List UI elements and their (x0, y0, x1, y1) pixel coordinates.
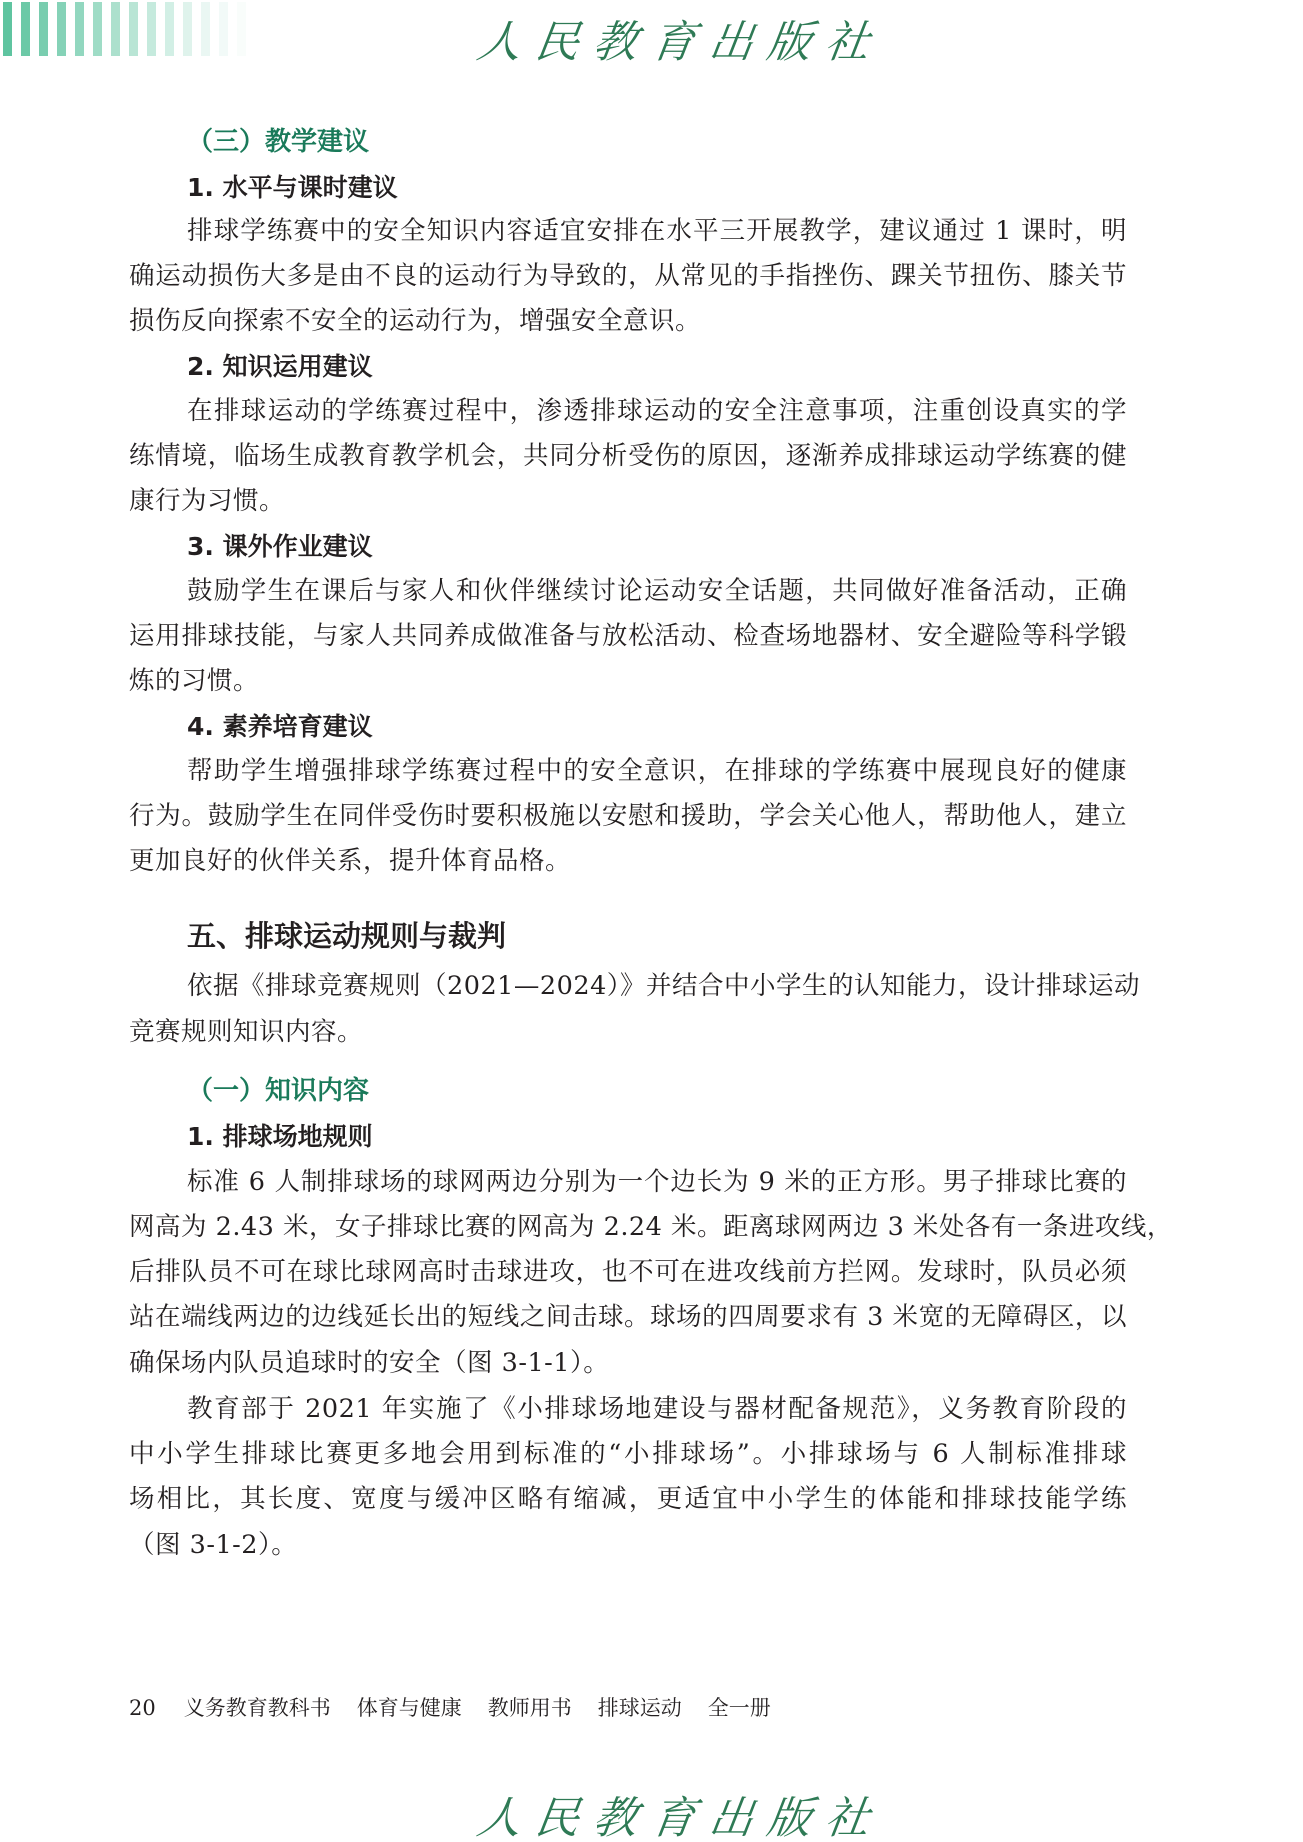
paragraph-line: 更加良好的伙伴关系，提升体育品格。 (129, 839, 1127, 884)
footer-volume: 全一册 (708, 1696, 771, 1720)
paragraph-line: 依据《排球竞赛规则（2021—2024）》并结合中小学生的认知能力，设计排球运动 (129, 964, 1127, 1009)
footer-book-series: 义务教育教科书 (184, 1696, 331, 1720)
paragraph-line: 练情境，临场生成教育教学机会，共同分析受伤的原因，逐渐养成排球运动学练赛的健 (129, 434, 1127, 479)
paragraph-line: 中小学生排球比赛更多地会用到标准的“小排球场”。小排球场与 6 人制标准排球 (129, 1432, 1127, 1477)
paragraph-line: 站在端线两边的边线延长出的短线之间击球。球场的四周要求有 3 米宽的无障碍区，以 (129, 1295, 1127, 1340)
paragraph-line: （图 3-1-2）。 (129, 1523, 1127, 1568)
footer-topic: 排球运动 (598, 1696, 682, 1720)
paragraph-line: 行为。鼓励学生在同伴受伤时要积极施以安慰和援助，学会关心他人，帮助他人，建立 (129, 794, 1127, 839)
paragraph-line: 损伤反向探索不安全的运动行为，增强安全意识。 (129, 299, 1127, 344)
paragraph-line: 帮助学生增强排球学练赛过程中的安全意识，在排球的学练赛中展现良好的健康 (129, 749, 1127, 794)
paragraph-line: 运用排球技能，与家人共同养成做准备与放松活动、检查场地器材、安全避险等科学锻 (129, 614, 1127, 659)
section-heading-knowledge-content: （一）知识内容 (187, 1069, 369, 1114)
page-footer: 20义务教育教科书体育与健康教师用书排球运动全一册 (129, 1694, 797, 1722)
subheading-level-hours: 1. 水平与课时建议 (187, 165, 398, 210)
paragraph-line: 鼓励学生在课后与家人和伙伴继续讨论运动安全话题，共同做好准备活动，正确 (129, 569, 1127, 614)
paragraph-line: 后排队员不可在球比球网高时击球进攻，也不可在进攻线前方拦网。发球时，队员必须 (129, 1250, 1127, 1295)
page-number: 20 (129, 1696, 156, 1720)
paragraph-line: 确保场内队员追球时的安全（图 3-1-1）。 (129, 1341, 1127, 1386)
chapter-heading-rules-referee: 五、排球运动规则与裁判 (187, 914, 506, 959)
subheading-knowledge-application: 2. 知识运用建议 (187, 344, 373, 389)
footer-book-type: 教师用书 (488, 1696, 572, 1720)
subheading-homework: 3. 课外作业建议 (187, 524, 373, 569)
paragraph-line: 炼的习惯。 (129, 659, 1127, 704)
paragraph-line: 标准 6 人制排球场的球网两边分别为一个边长为 9 米的正方形。男子排球比赛的 (129, 1160, 1127, 1205)
decorative-stripes (0, 2, 260, 56)
subheading-court-rules: 1. 排球场地规则 (187, 1114, 373, 1159)
paragraph-line: 教育部于 2021 年实施了《小排球场地建设与器材配备规范》，义务教育阶段的 (129, 1387, 1127, 1432)
paragraph-line: 场相比，其长度、宽度与缓冲区略有缩减，更适宜中小学生的体能和排球技能学练 (129, 1477, 1127, 1522)
paragraph-line: 排球学练赛中的安全知识内容适宜安排在水平三开展教学，建议通过 1 课时，明 (129, 209, 1127, 254)
subheading-literacy: 4. 素养培育建议 (187, 704, 373, 749)
footer-subject: 体育与健康 (357, 1696, 462, 1720)
paragraph-line: 康行为习惯。 (129, 479, 1127, 524)
paragraph-line: 在排球运动的学练赛过程中，渗透排球运动的安全注意事项，注重创设真实的学 (129, 389, 1127, 434)
section-heading-teaching-suggestions: （三）教学建议 (187, 120, 369, 165)
publisher-logo-footer: 人民教育出版社 (474, 1782, 889, 1842)
paragraph-line: 网高为 2.43 米，女子排球比赛的网高为 2.24 米。距离球网两边 3 米处… (129, 1205, 1127, 1250)
publisher-logo-header: 人民教育出版社 (474, 6, 889, 70)
paragraph-line: 确运动损伤大多是由不良的运动行为导致的，从常见的手指挫伤、踝关节扭伤、膝关节 (129, 254, 1127, 299)
paragraph-line: 竞赛规则知识内容。 (129, 1010, 1127, 1055)
